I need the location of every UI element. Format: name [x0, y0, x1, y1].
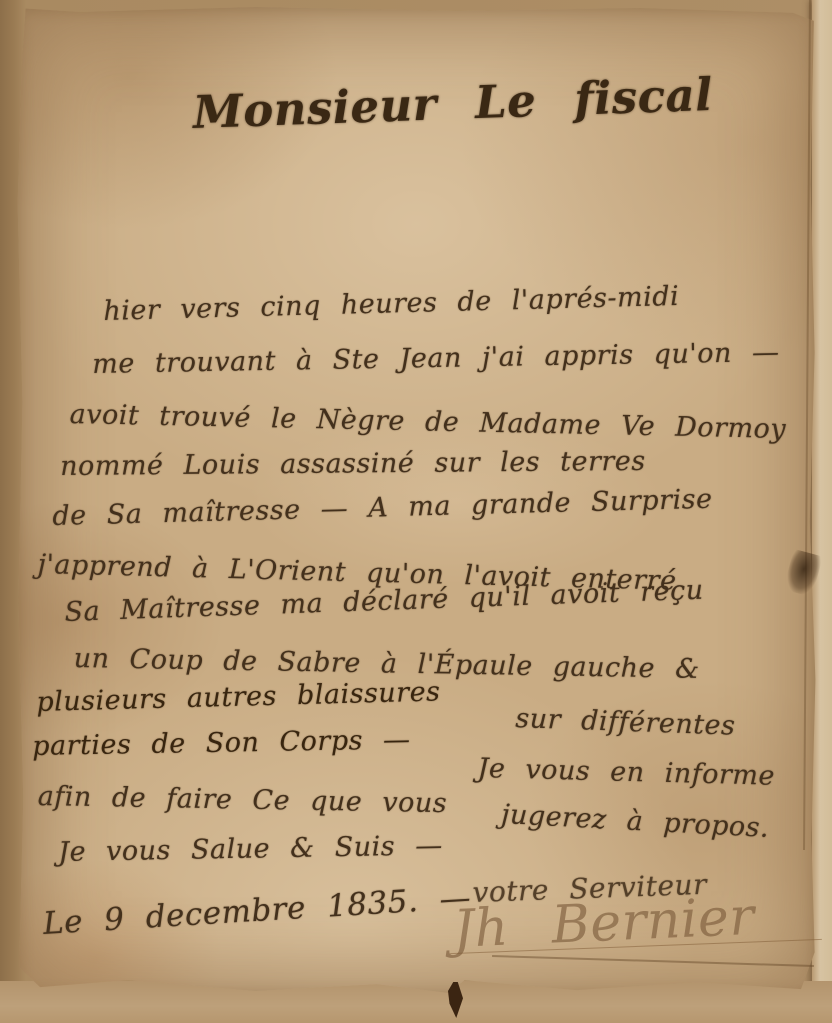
- body-line: parties de Son Corps —: [32, 724, 411, 762]
- scanned-letter-page: Monsieur Le fiscal hier vers cinq heures…: [0, 0, 832, 1023]
- body-line: nommé Louis assassiné sur les terres: [60, 446, 646, 482]
